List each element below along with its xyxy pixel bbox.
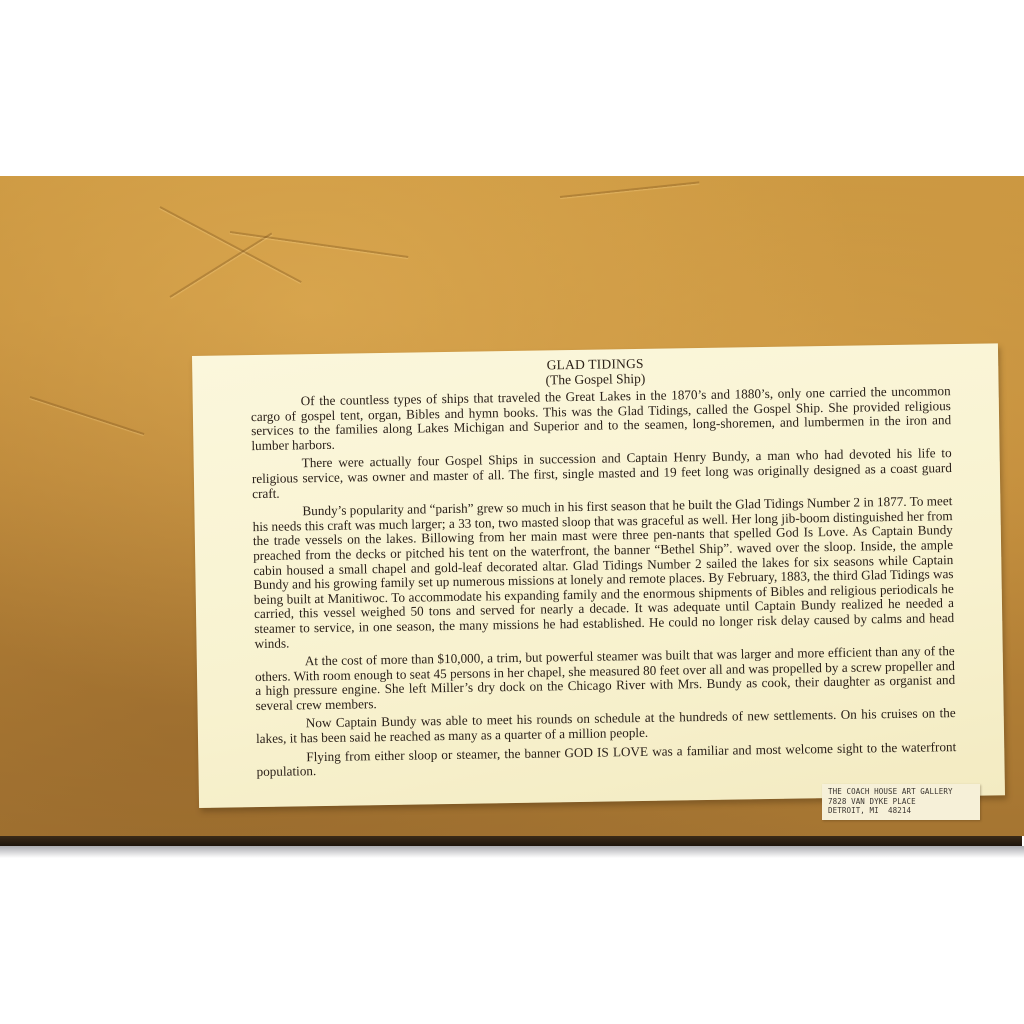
paragraph: Flying from either sloop or steamer, the… [256, 740, 956, 780]
document-body: Of the countless types of ships that tra… [193, 383, 1005, 780]
paper-crease [560, 181, 699, 198]
paper-crease [230, 231, 409, 258]
board-shadow [0, 846, 1024, 858]
paragraph: Bundy’s popularity and “parish” grew so … [252, 494, 954, 651]
gallery-label: THE COACH HOUSE ART GALLERY 7828 VAN DYK… [822, 784, 980, 820]
gallery-name: THE COACH HOUSE ART GALLERY [828, 787, 980, 797]
paper-crease [30, 396, 145, 435]
paragraph: At the cost of more than $10,000, a trim… [255, 644, 956, 713]
paragraph: Of the countless types of ships that tra… [251, 384, 952, 453]
paper-crease [160, 206, 302, 283]
paragraph: There were actually four Gospel Ships in… [252, 446, 953, 501]
board-edge [0, 836, 1022, 846]
paper-crease [169, 233, 272, 298]
gallery-city: DETROIT, MI 48214 [828, 806, 980, 816]
history-note-card: GLAD TIDINGS (The Gospel Ship) Of the co… [192, 343, 1005, 808]
gallery-street: 7828 VAN DYKE PLACE [828, 797, 980, 807]
